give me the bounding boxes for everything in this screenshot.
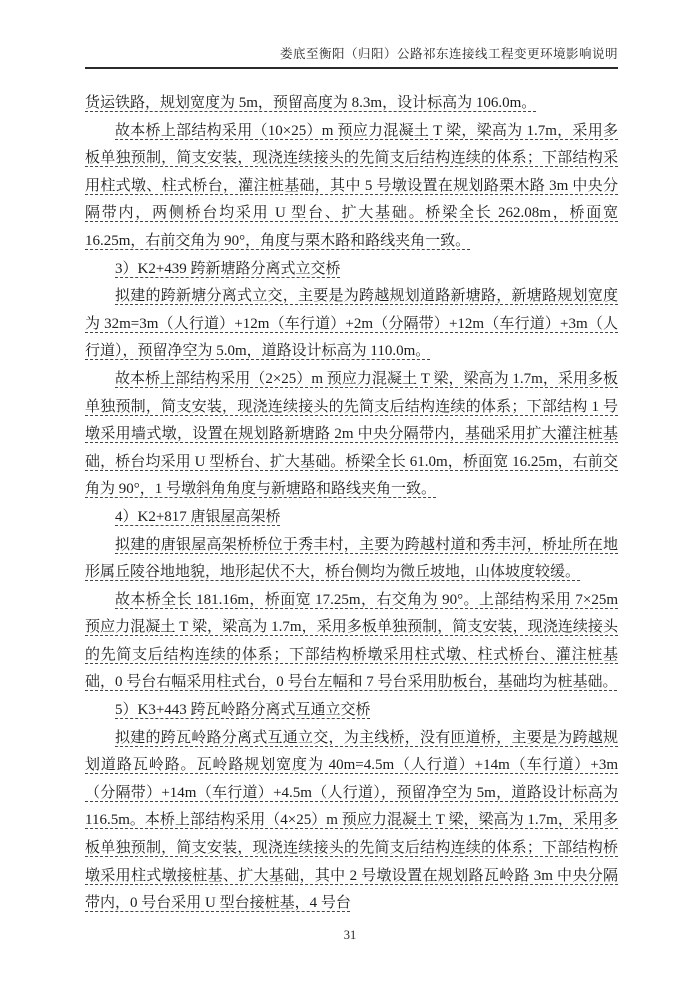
page-header: 娄底至衡阳（归阳）公路祁东连接线工程变更环境影响说明 bbox=[85, 44, 618, 69]
document-body: 货运铁路，规划宽度为 5m，预留高度为 8.3m，设计标高为 106.0m。 故… bbox=[85, 90, 618, 918]
page-footer: 31 bbox=[0, 928, 700, 943]
paragraph: 拟建的跨瓦岭路分离式互通立交，为主线桥，没有匝道桥，主要是为跨越规划道路瓦岭路。… bbox=[85, 725, 618, 918]
page-number: 31 bbox=[344, 928, 357, 942]
paragraph: 故本桥上部结构采用（10×25）m 预应力混凝土 T 梁，梁高为 1.7m，采用… bbox=[85, 118, 618, 256]
paragraph: 故本桥全长 181.16m，桥面宽 17.25m，右交角为 90°。上部结构采用… bbox=[85, 587, 618, 697]
header-title: 娄底至衡阳（归阳）公路祁东连接线工程变更环境影响说明 bbox=[280, 47, 618, 61]
paragraph-continuation: 货运铁路，规划宽度为 5m，预留高度为 8.3m，设计标高为 106.0m。 bbox=[85, 90, 618, 118]
document-page: 娄底至衡阳（归阳）公路祁东连接线工程变更环境影响说明 货运铁路，规划宽度为 5m… bbox=[0, 0, 700, 990]
paragraph: 故本桥上部结构采用（2×25）m 预应力混凝土 T 梁，梁高为 1.7m，采用多… bbox=[85, 366, 618, 504]
section-heading-k2-439: 3）K2+439 跨新塘路分离式立交桥 bbox=[85, 256, 618, 284]
section-heading-k3-443: 5）K3+443 跨瓦岭路分离式互通立交桥 bbox=[85, 697, 618, 725]
page-content: 娄底至衡阳（归阳）公路祁东连接线工程变更环境影响说明 货运铁路，规划宽度为 5m… bbox=[85, 44, 618, 918]
paragraph: 拟建的跨新塘分离式立交，主要是为跨越规划道路新塘路，新塘路规划宽度为 32m=3… bbox=[85, 283, 618, 366]
paragraph: 拟建的唐银屋高架桥桥位于秀丰村，主要为跨越村道和秀丰河，桥址所在地形属丘陵谷地地… bbox=[85, 532, 618, 587]
section-heading-k2-817: 4）K2+817 唐银屋高架桥 bbox=[85, 504, 618, 532]
